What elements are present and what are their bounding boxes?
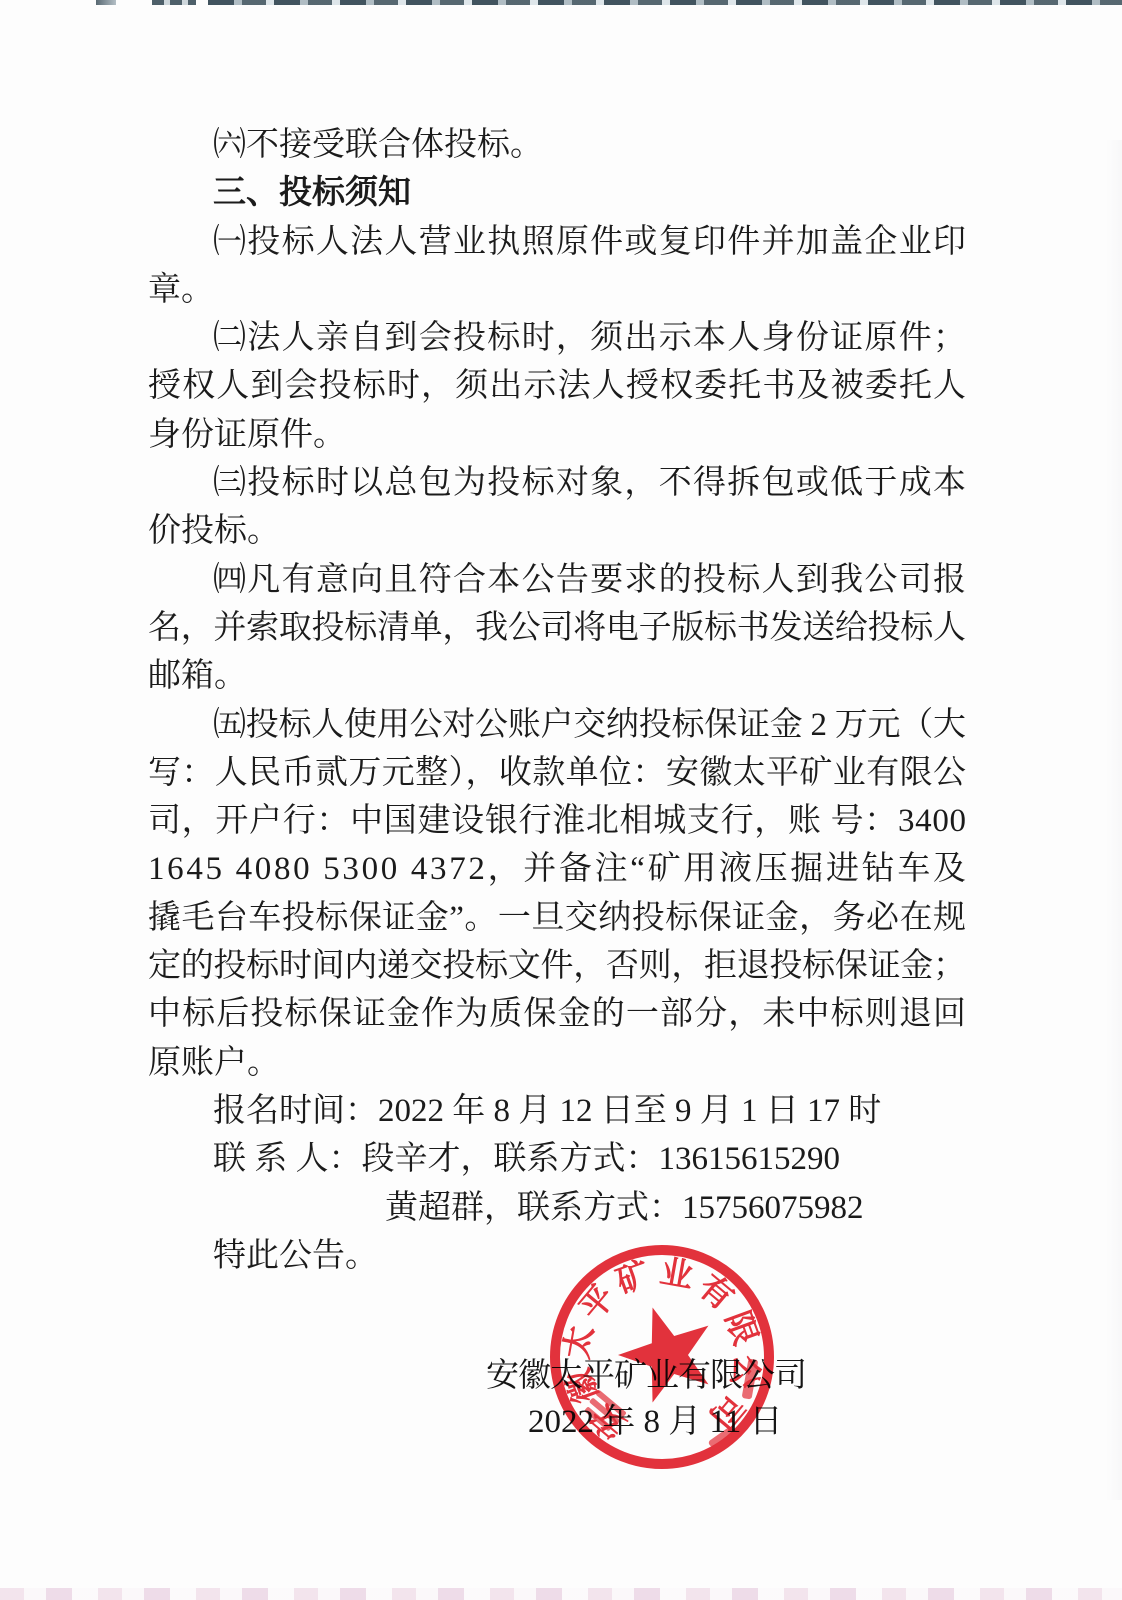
- document-line: ㈥不接受联合体投标。: [148, 121, 966, 169]
- document-line: 原账户。: [148, 1039, 966, 1087]
- document-line: ㈤投标人使用公对公账户交纳投标保证金 2 万元（大: [148, 701, 966, 749]
- document-line: 中标后投标保证金作为质保金的一部分，未中标则退回: [148, 990, 966, 1038]
- scan-artifact-top: [208, 0, 1122, 5]
- scan-artifact-top: [96, 0, 116, 5]
- scan-artifact-right: [1106, 140, 1122, 1500]
- document-line: 写：人民币贰万元整），收款单位：安徽太平矿业有限公: [148, 749, 966, 797]
- signature-date: 2022 年 8 月 11 日: [528, 1398, 783, 1446]
- signature-company-name: 安徽太平矿业有限公司: [486, 1352, 806, 1400]
- document-line: 黄超群，联系方式：15756075982: [148, 1184, 966, 1232]
- document-line: 司，开户行：中国建设银行淮北相城支行，账 号：3400: [148, 797, 966, 845]
- document-line: 报名时间：2022 年 8 月 12 日至 9 月 1 日 17 时: [148, 1087, 966, 1135]
- document-line: 授权人到会投标时，须出示法人授权委托书及被委托人: [148, 362, 966, 410]
- scanned-document-page: ㈥不接受联合体投标。三、投标须知㈠投标人法人营业执照原件或复印件并加盖企业印章。…: [0, 0, 1122, 1600]
- document-line: ㈠投标人法人营业执照原件或复印件并加盖企业印: [148, 218, 966, 266]
- document-line: 联 系 人：段辛才，联系方式：13615615290: [148, 1135, 966, 1183]
- seal-arc-char: 业: [657, 1254, 696, 1295]
- document-line: 撬毛台车投标保证金”。一旦交纳投标保证金，务必在规: [148, 894, 966, 942]
- scan-artifact-top: [152, 0, 196, 5]
- document-line: 价投标。: [148, 507, 966, 555]
- document-line: 1645 4080 5300 4372，并备注“矿用液压掘进钻车及: [148, 845, 966, 893]
- document-line: ㈢投标时以总包为投标对象，不得拆包或低于成本: [148, 459, 966, 507]
- document-line: 身份证原件。: [148, 411, 966, 459]
- document-line: ㈣凡有意向且符合本公告要求的投标人到我公司报: [148, 556, 966, 604]
- document-body: ㈥不接受联合体投标。三、投标须知㈠投标人法人营业执照原件或复印件并加盖企业印章。…: [148, 121, 966, 1280]
- scan-artifact-bottom: [0, 1588, 1122, 1600]
- document-line: 章。: [148, 266, 966, 314]
- document-line: 三、投标须知: [148, 169, 966, 217]
- document-line: 定的投标时间内递交投标文件，否则，拒退投标保证金；: [148, 942, 966, 990]
- document-line: ㈡法人亲自到会投标时，须出示本人身份证原件；: [148, 314, 966, 362]
- document-line: 名，并索取投标清单，我公司将电子版标书发送给投标人: [148, 604, 966, 652]
- document-line: 邮箱。: [148, 652, 966, 700]
